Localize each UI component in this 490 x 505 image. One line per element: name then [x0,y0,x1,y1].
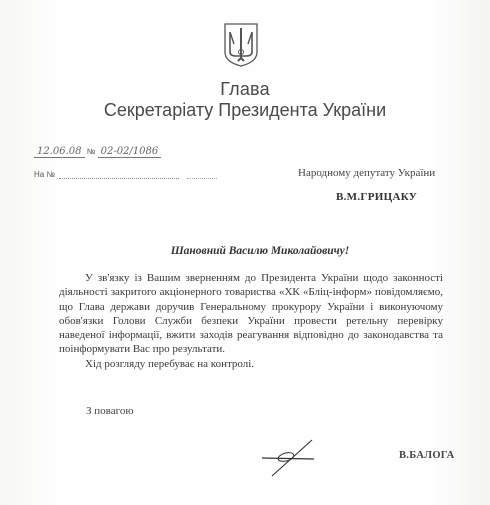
letter-body: У зв'язку із Вашим зверненням до Президе… [59,271,443,371]
letter-page: Глава Секретаріату Президента України 12… [0,0,490,505]
body-paragraph: У зв'язку із Вашим зверненням до Президе… [59,271,443,357]
outgoing-date: 12.06.08 [34,146,85,158]
salutation: Шановний Василю Миколайовичу! [0,245,490,257]
letterhead-title-line2: Секретаріату Президента України [0,100,490,121]
reply-to-blank [59,170,179,179]
body-paragraph: Хід розгляду перебуває на контролі. [59,357,443,371]
reply-to-blank-extra [187,170,217,179]
addressee-position: Народному депутату України [298,167,435,179]
addressee-name: В.М.ГРИЦАКУ [336,191,417,203]
closing-phrase: З повагою [86,405,134,417]
outgoing-number: 02-02/1086 [98,146,162,158]
signer-name: В.БАЛОГА [399,450,455,461]
trident-coat-of-arms-icon [222,22,260,68]
reference-line: 12.06.08 № 02-02/1086 [34,146,161,158]
reply-to-label: На № [34,170,55,179]
number-label: № [87,147,96,156]
handwritten-signature-icon [260,438,316,478]
reply-to-line: На № [34,170,217,179]
letterhead-title-line1: Глава [0,79,490,100]
